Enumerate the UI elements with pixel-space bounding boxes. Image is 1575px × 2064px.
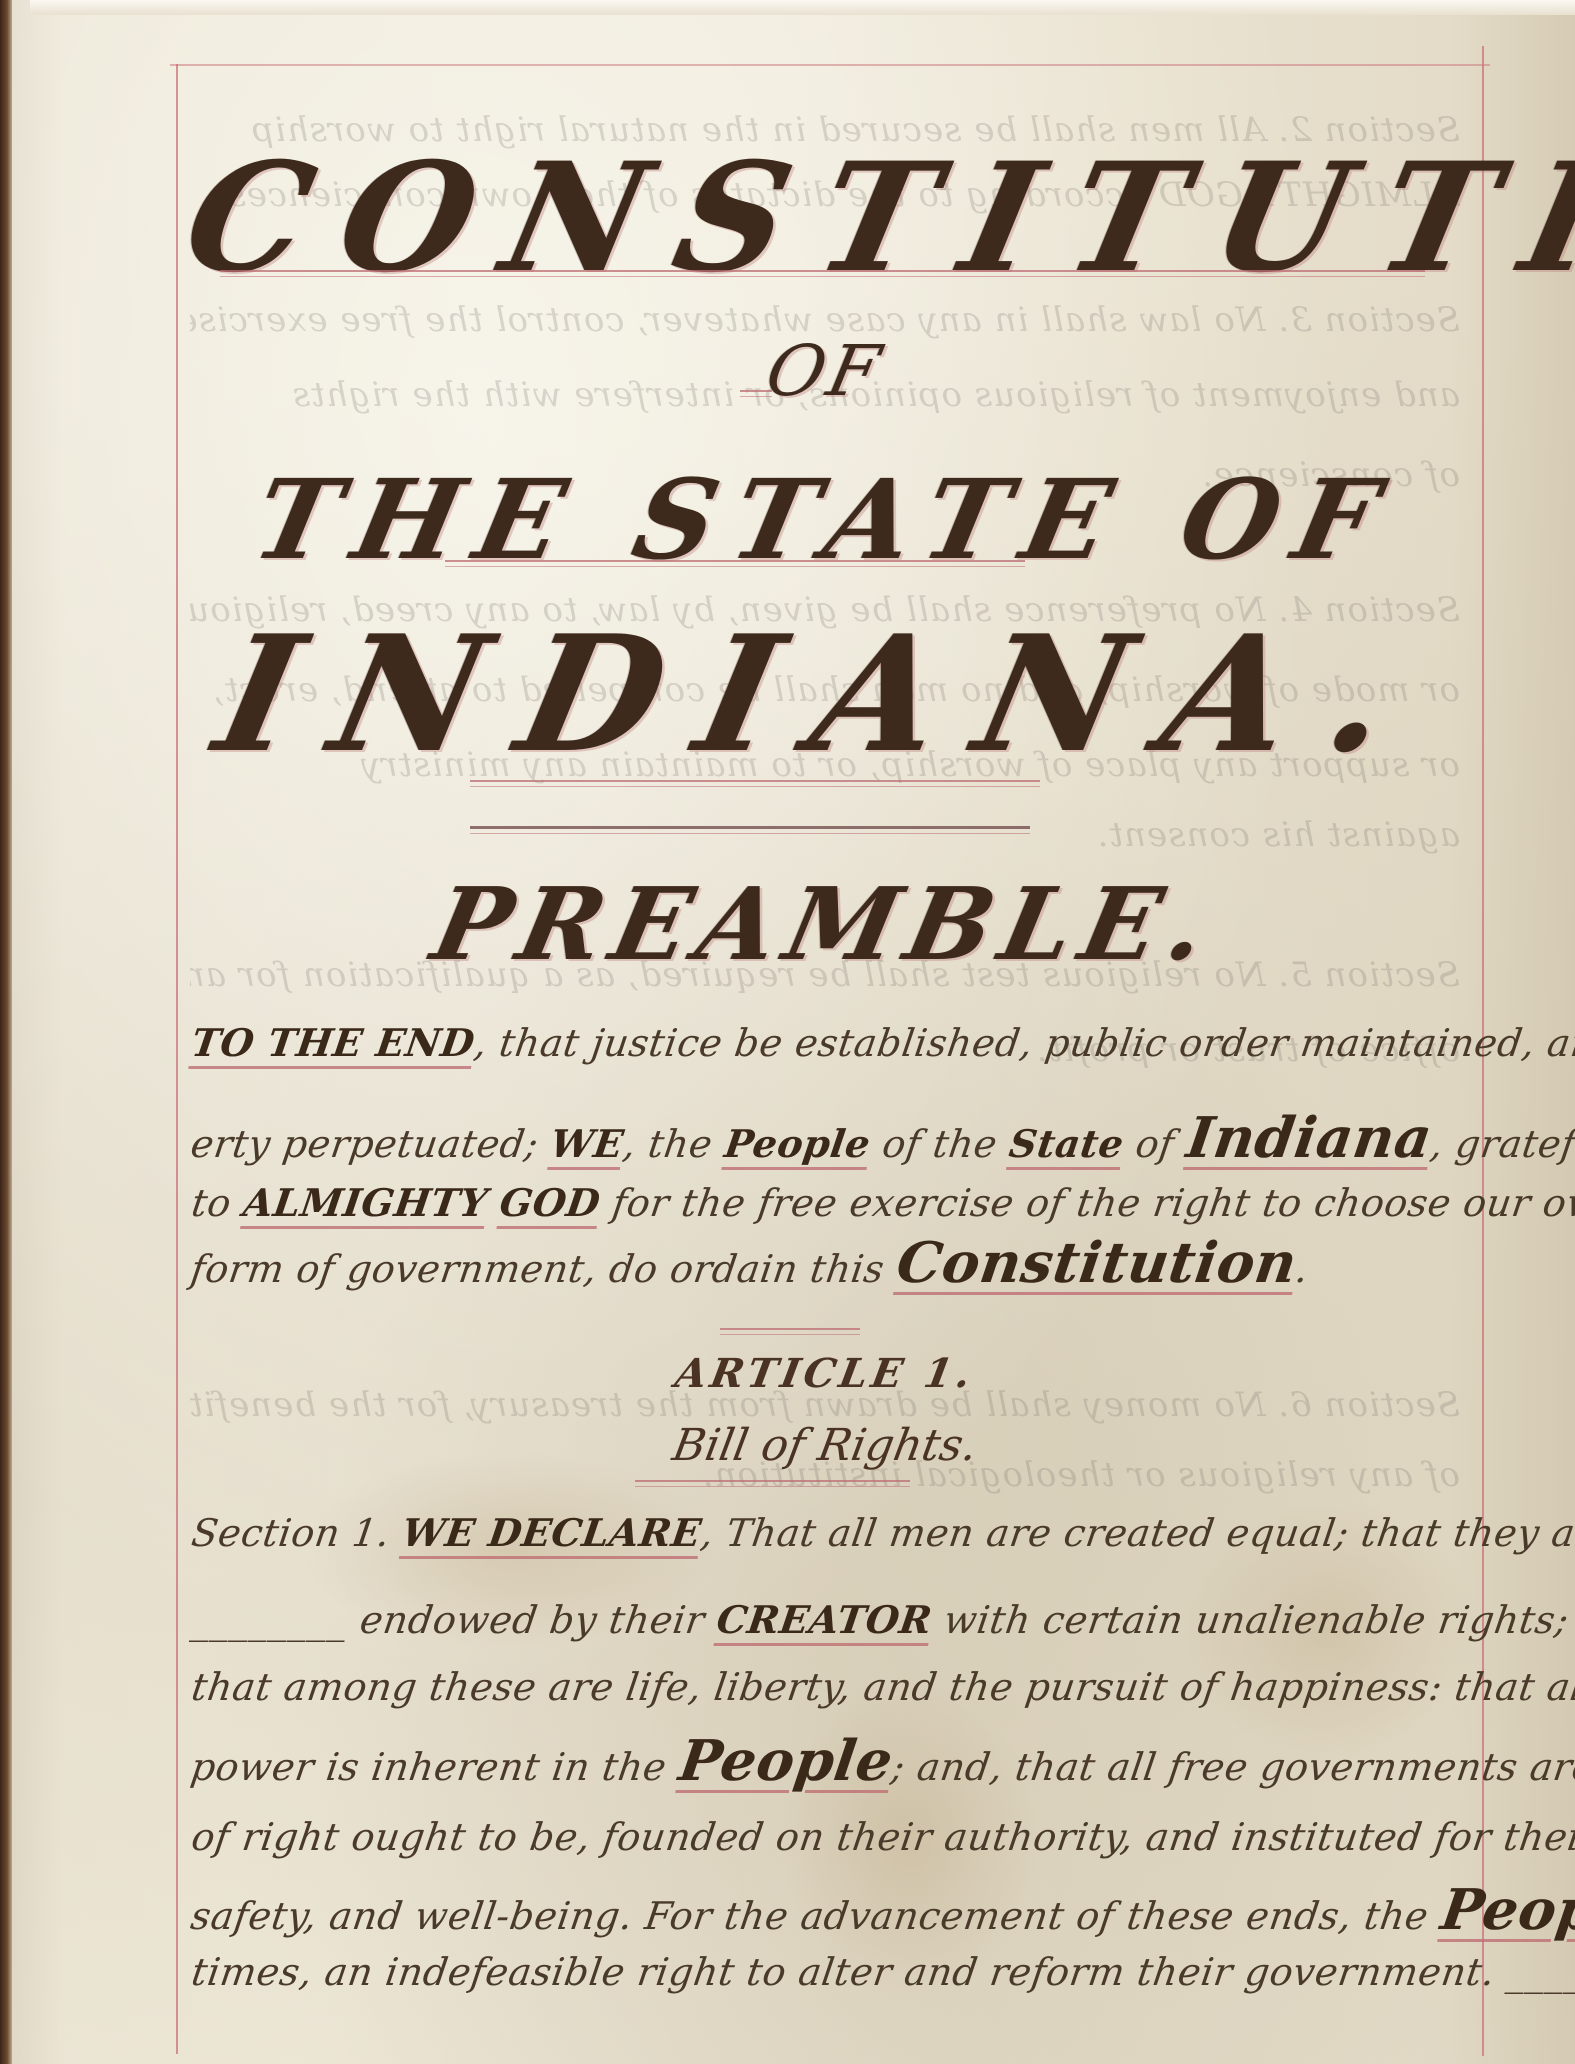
preamble-text: erty perpetuated; <box>188 1122 554 1166</box>
preamble-god: GOD <box>497 1180 603 1225</box>
title-indiana: INDIANA. <box>170 600 1480 788</box>
preamble-text: for the free exercise of the right to ch… <box>597 1181 1575 1225</box>
preamble-people: People <box>722 1121 874 1166</box>
title-divider <box>470 826 1030 834</box>
preamble-text: , that justice be established, public or… <box>471 1021 1575 1065</box>
section-1-line-4: power is inherent in the People; and, th… <box>187 1728 1466 1794</box>
section-1-line-3: that among these are life, liberty, and … <box>189 1665 1465 1709</box>
preamble-constitution: Constitution <box>893 1230 1301 1296</box>
section-text: safety, and well-being. For the advancem… <box>188 1894 1444 1938</box>
section-label: Section 1. <box>189 1511 406 1555</box>
of-underline <box>740 390 772 397</box>
preamble-line-2: erty perpetuated; WE, the People of the … <box>187 1105 1466 1171</box>
margin-rule-left <box>176 64 178 2054</box>
section-creator: CREATOR <box>714 1597 935 1642</box>
preamble-text: of the <box>867 1122 1013 1166</box>
preamble-line-4: form of government, do ordain this Const… <box>187 1230 1466 1296</box>
state-underline <box>445 560 1025 567</box>
section-1-line-2: ________ endowed by their CREATOR with c… <box>189 1597 1465 1642</box>
preamble-line-1: TO THE END, that justice be established,… <box>189 1020 1465 1065</box>
section-lead: WE DECLARE <box>399 1510 704 1555</box>
parchment-page: Section 2. All men shall be secured in t… <box>0 0 1575 2064</box>
section-divider <box>720 1328 860 1335</box>
article-title: Bill of Rights. <box>186 1420 1465 1471</box>
preamble-text: form of government, do ordain this <box>188 1247 900 1291</box>
indiana-underline <box>470 780 1040 787</box>
section-1-line-6: safety, and well-being. For the advancem… <box>187 1877 1466 1943</box>
section-text: power is inherent in the <box>188 1745 682 1789</box>
section-text: with certain unalienable rights; <box>929 1598 1572 1642</box>
section-text: ________ endowed by their <box>189 1598 720 1642</box>
section-people: People <box>675 1728 897 1794</box>
preamble-text: , the <box>620 1122 728 1166</box>
section-1-line-5: of right ought to be, founded on their a… <box>189 1815 1465 1859</box>
page-top-edge <box>30 0 1575 15</box>
margin-rule-top <box>170 64 1490 66</box>
article-title-underline <box>635 1480 910 1487</box>
preamble-text: to <box>189 1181 247 1225</box>
section-people: People <box>1437 1877 1575 1943</box>
title-constitution: CONSTITUTION <box>171 130 1478 306</box>
binding-edge <box>0 0 12 2064</box>
preamble-lead: TO THE END <box>189 1020 478 1065</box>
section-1-line-1: Section 1. WE DECLARE, That all men are … <box>189 1510 1465 1555</box>
preamble-text: , grateful <box>1428 1122 1575 1166</box>
title-underline <box>220 270 1425 277</box>
preamble-heading: PREAMBLE. <box>177 865 1472 983</box>
section-1-line-7: times, an indefeasible right to alter an… <box>189 1950 1465 1994</box>
preamble-text: of <box>1120 1122 1189 1166</box>
section-text: ; and, that all free governments are, an… <box>889 1745 1575 1789</box>
article-number: ARTICLE 1. <box>186 1350 1464 1397</box>
preamble-indiana: Indiana <box>1183 1105 1436 1171</box>
preamble-almighty: ALMIGHTY <box>241 1180 491 1225</box>
section-text: , That all men are created equal; that t… <box>698 1511 1575 1555</box>
preamble-we: WE <box>548 1121 627 1166</box>
bleed-through-line: against his consent. <box>190 815 1460 855</box>
preamble-state: State <box>1007 1121 1127 1166</box>
title-of: OF <box>181 330 1468 412</box>
preamble-line-3: to ALMIGHTY GOD for the free exercise of… <box>189 1180 1465 1225</box>
